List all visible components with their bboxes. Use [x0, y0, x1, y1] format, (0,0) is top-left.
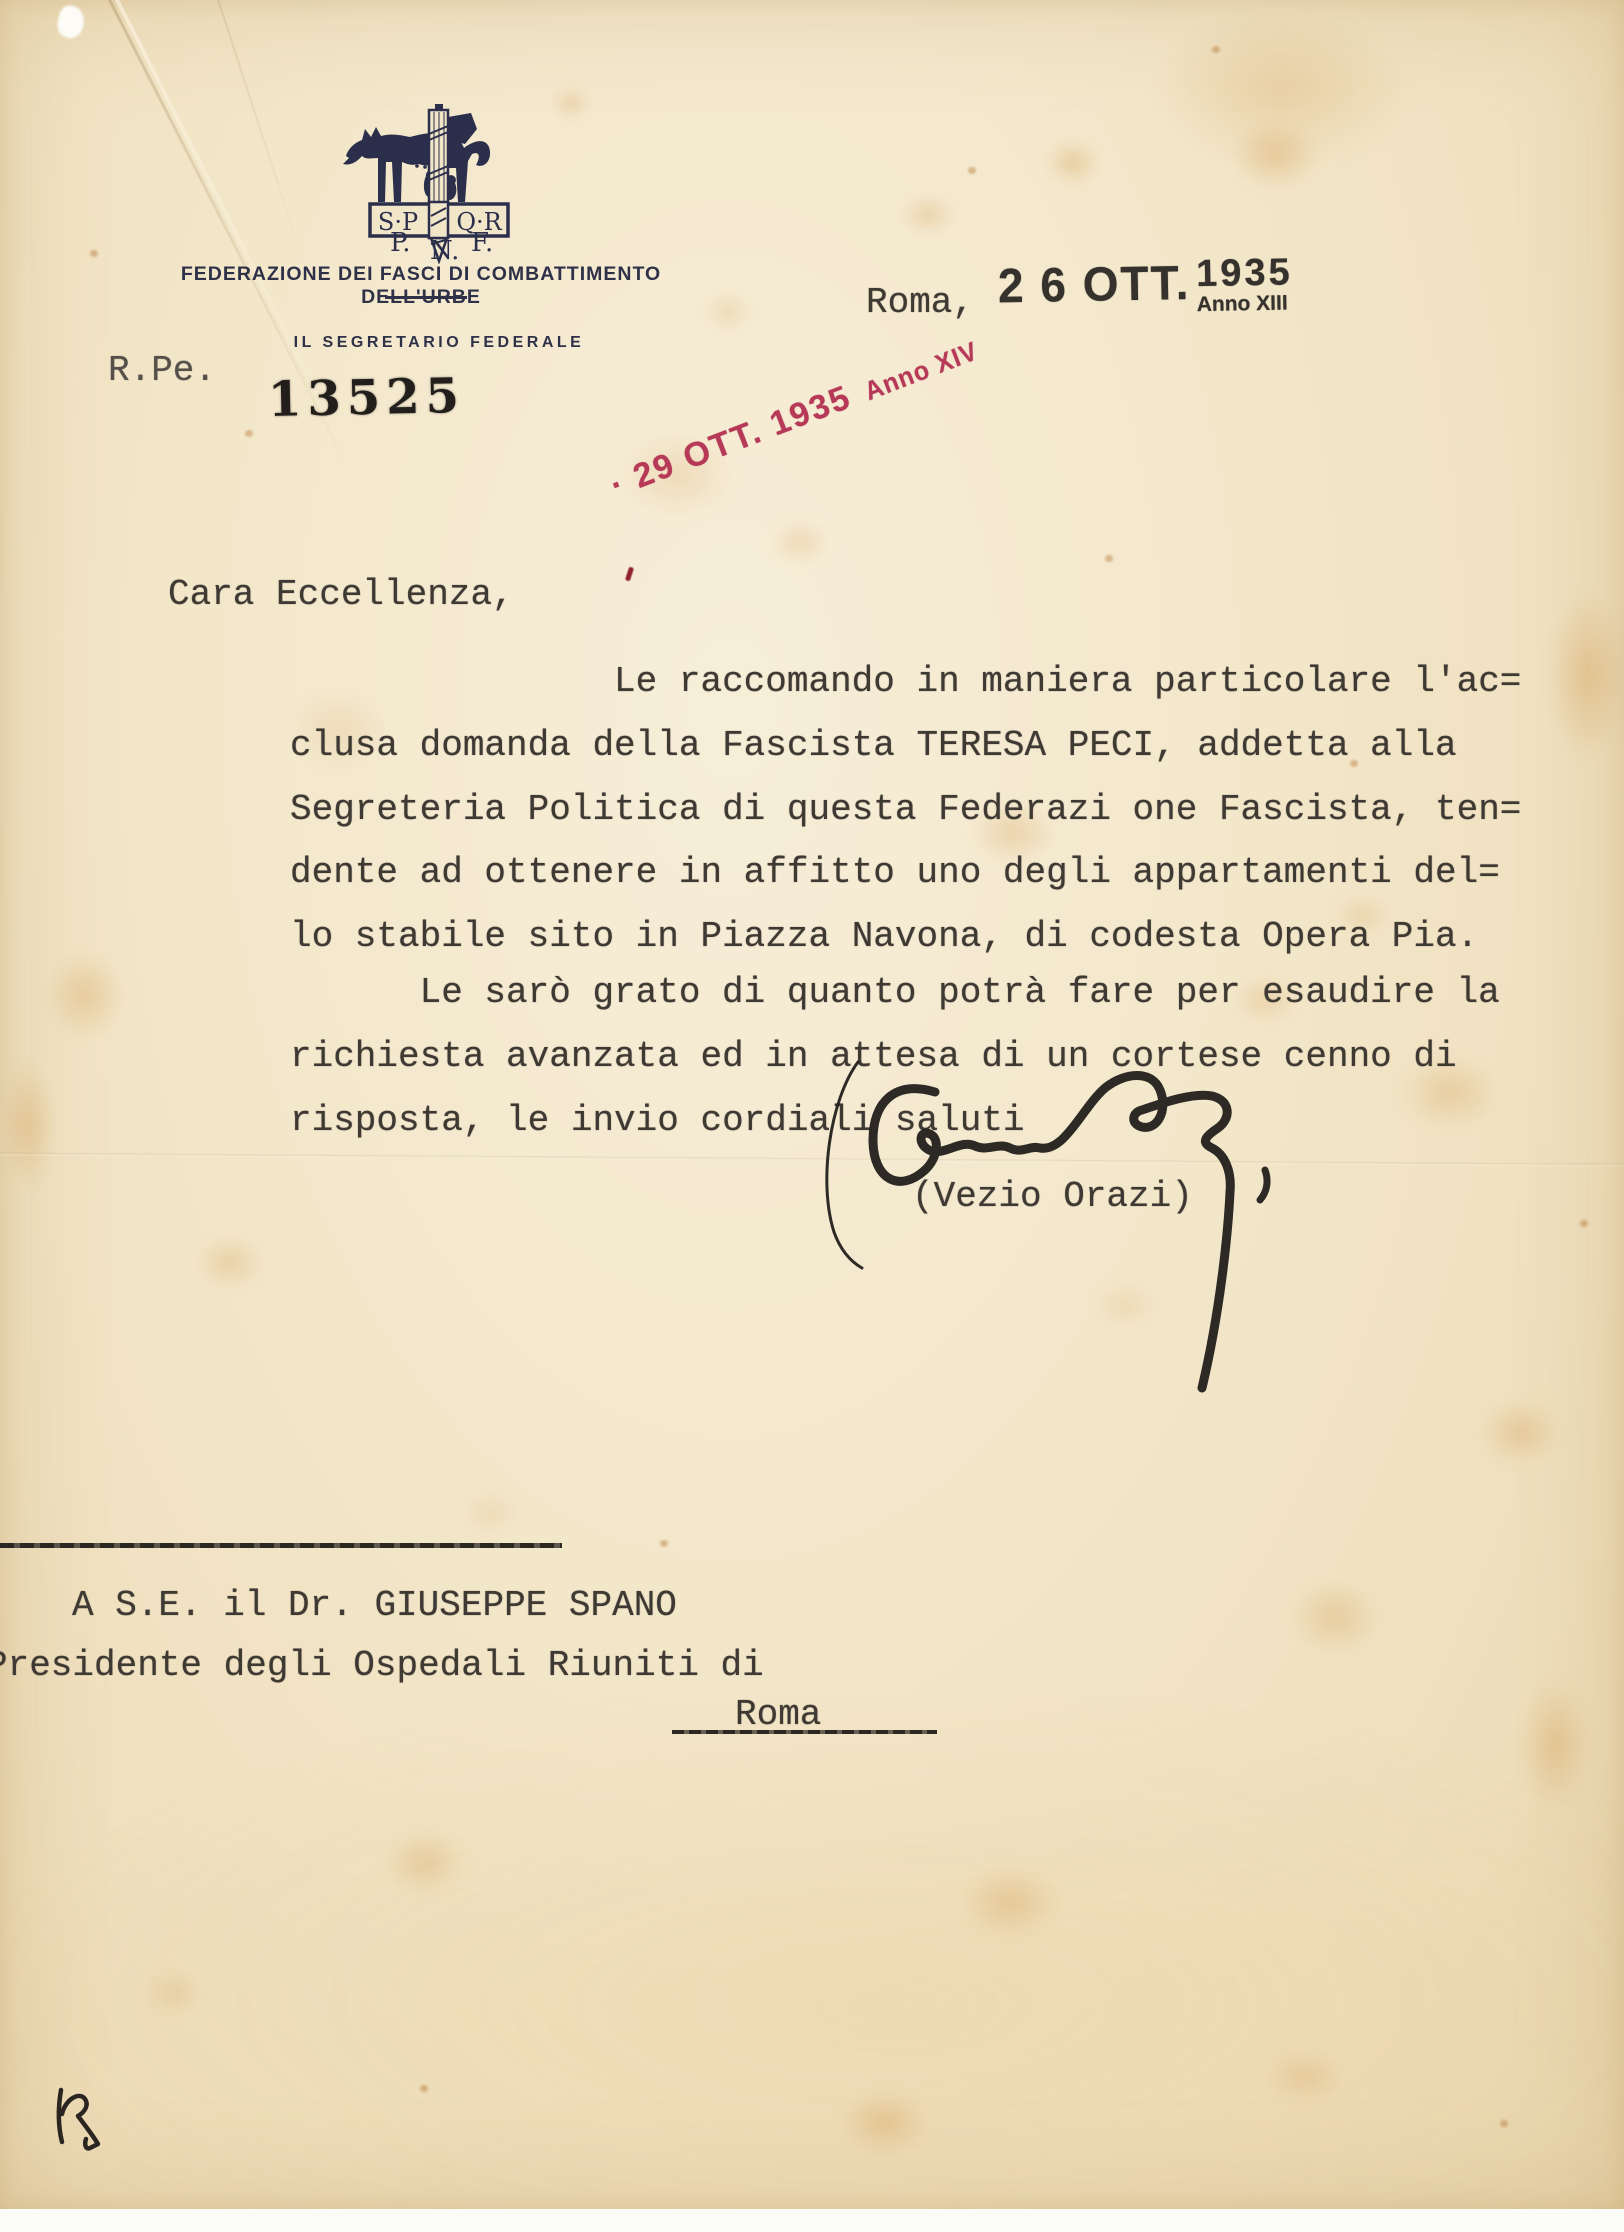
date-stamp-day-month: 2 6 OTT. — [997, 254, 1190, 314]
handwritten-signature — [760, 1030, 1320, 1410]
body-line: Le raccomando in maniera particolare l'a… — [290, 650, 1521, 714]
reference-code: R.Pe. — [108, 350, 216, 391]
recipient-divider-line — [0, 1543, 562, 1548]
date-stamp: 2 6 OTT. 1935 Anno XIII — [997, 253, 1293, 319]
body-line: lo stabile sito in Piazza Navona, di cod… — [290, 905, 1521, 969]
pnf-emblem: S·P Q·R P. N. F. — [338, 104, 518, 264]
scanned-letter: S·P Q·R P. N. F. FEDERAZIONE DEI FASCI D… — [0, 0, 1624, 2232]
scanner-background — [0, 2209, 1624, 2232]
office-title: IL SEGRETARIO FEDERALE — [277, 334, 601, 352]
body-line: clusa domanda della Fascista TERESA PECI… — [290, 714, 1521, 778]
recipient-title: Presidente degli Ospedali Riuniti di — [0, 1645, 764, 1686]
svg-text:P.: P. — [390, 228, 411, 258]
recipient-city: Roma — [735, 1694, 821, 1735]
protocol-number-stamp: 13525 — [267, 368, 465, 428]
date-stamp-era: Anno XIII — [1197, 291, 1294, 316]
svg-text:N.: N. — [430, 236, 459, 264]
body-line: dente ad ottenere in affitto uno degli a… — [290, 841, 1521, 905]
recipient-name: A S.E. il Dr. GIUSEPPE SPANO — [72, 1585, 677, 1626]
paragraph-1: Le raccomando in maniera particolare l'a… — [290, 650, 1521, 969]
svg-text:F.: F. — [471, 228, 493, 258]
salutation: Cara Eccellenza, — [168, 574, 514, 615]
recipient-city-underline — [672, 1730, 937, 1734]
letterhead-rule — [385, 296, 467, 299]
body-line: Segreteria Politica di questa Federazi o… — [290, 778, 1521, 842]
handwritten-corner-mark — [48, 2080, 118, 2164]
body-line: Le sarò grato di quanto potrà fare per e… — [290, 961, 1500, 1025]
dateline-city: Roma, — [866, 282, 974, 323]
organization-name: FEDERAZIONE DEI FASCI DI COMBATTIMENTO D… — [128, 263, 714, 309]
date-stamp-year: 1935 — [1196, 253, 1293, 293]
